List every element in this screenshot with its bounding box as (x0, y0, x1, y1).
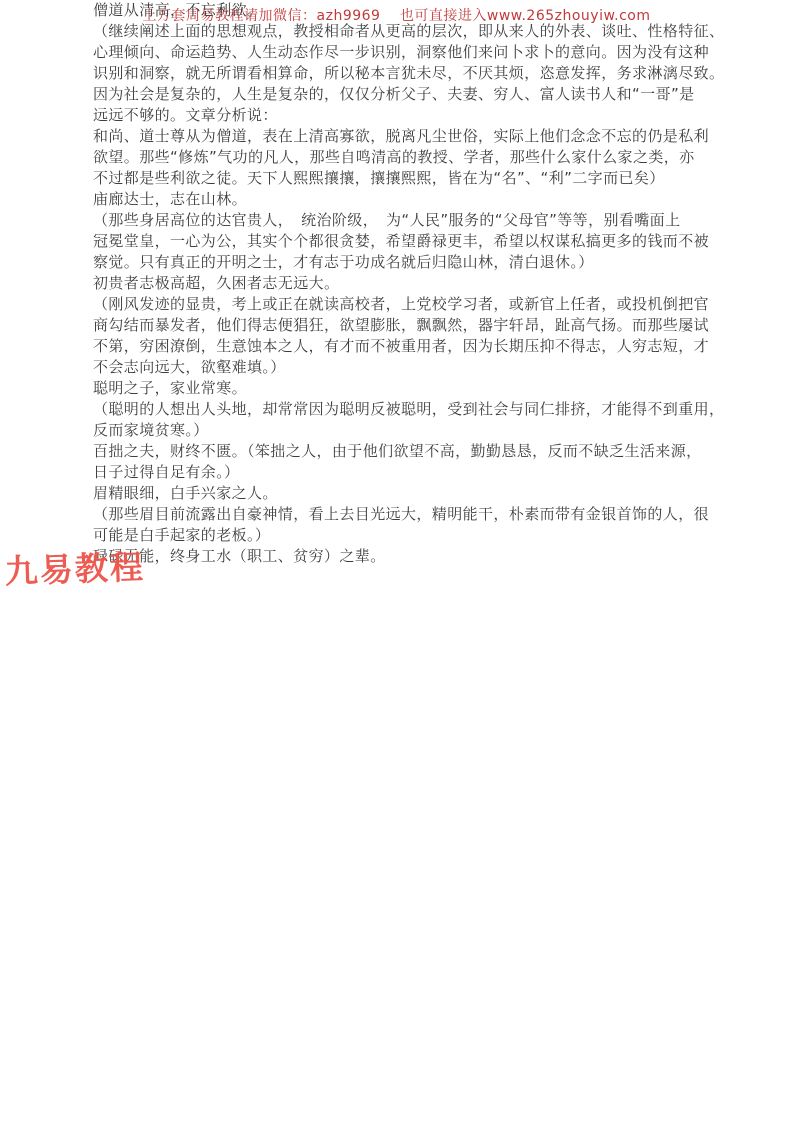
paragraph-7: 聪明之子，家业常寒。 (93, 378, 753, 399)
paragraph-6: （刚风发迹的显贵，考上或正在就读高校者，上党校学习者，或新官上任者，或投机倒把官… (93, 294, 753, 378)
paragraph-9: 百拙之夫，财终不匮。（笨拙之人，由于他们欲望不高，勤勤恳恳，反而不缺乏生活来源，… (93, 441, 753, 483)
paragraph-2: （继续阐述上面的思想观点，教授相命者从更高的层次，即从来人的外表、谈吐、性格特征… (93, 21, 753, 189)
paragraph-10: 眉精眼细，白手兴家之人。 (93, 483, 753, 504)
paragraph-3: 庙廊达士，志在山林。 (93, 189, 753, 210)
document-page: 上万套周易教程请加微信：azh9969 也可直接进入www.265zhouyiw… (0, 0, 793, 1121)
paragraph-5: 初贵者志极高超，久困者志无远大。 (93, 273, 753, 294)
paragraph-1: 僧道从清高，不忘利欲。 (93, 0, 753, 21)
watermark-text: 九易教程 (4, 541, 146, 593)
paragraph-12: 碌碌无能，终身工水（职工、贫穷）之辈。 (93, 546, 753, 567)
paragraph-4: （那些身居高位的达官贵人， 统治阶级， 为“人民”服务的“父母官”等等，别看嘴面… (93, 210, 753, 273)
paragraph-11: （那些眉目前流露出自豪神情，看上去目光远大，精明能干，朴素而带有金银首饰的人，很… (93, 504, 753, 546)
document-body: 僧道从清高，不忘利欲。 （继续阐述上面的思想观点，教授相命者从更高的层次，即从来… (93, 0, 753, 567)
paragraph-8: （聪明的人想出人头地，却常常因为聪明反被聪明，受到社会与同仁排挤，才能得不到重用… (93, 399, 753, 441)
